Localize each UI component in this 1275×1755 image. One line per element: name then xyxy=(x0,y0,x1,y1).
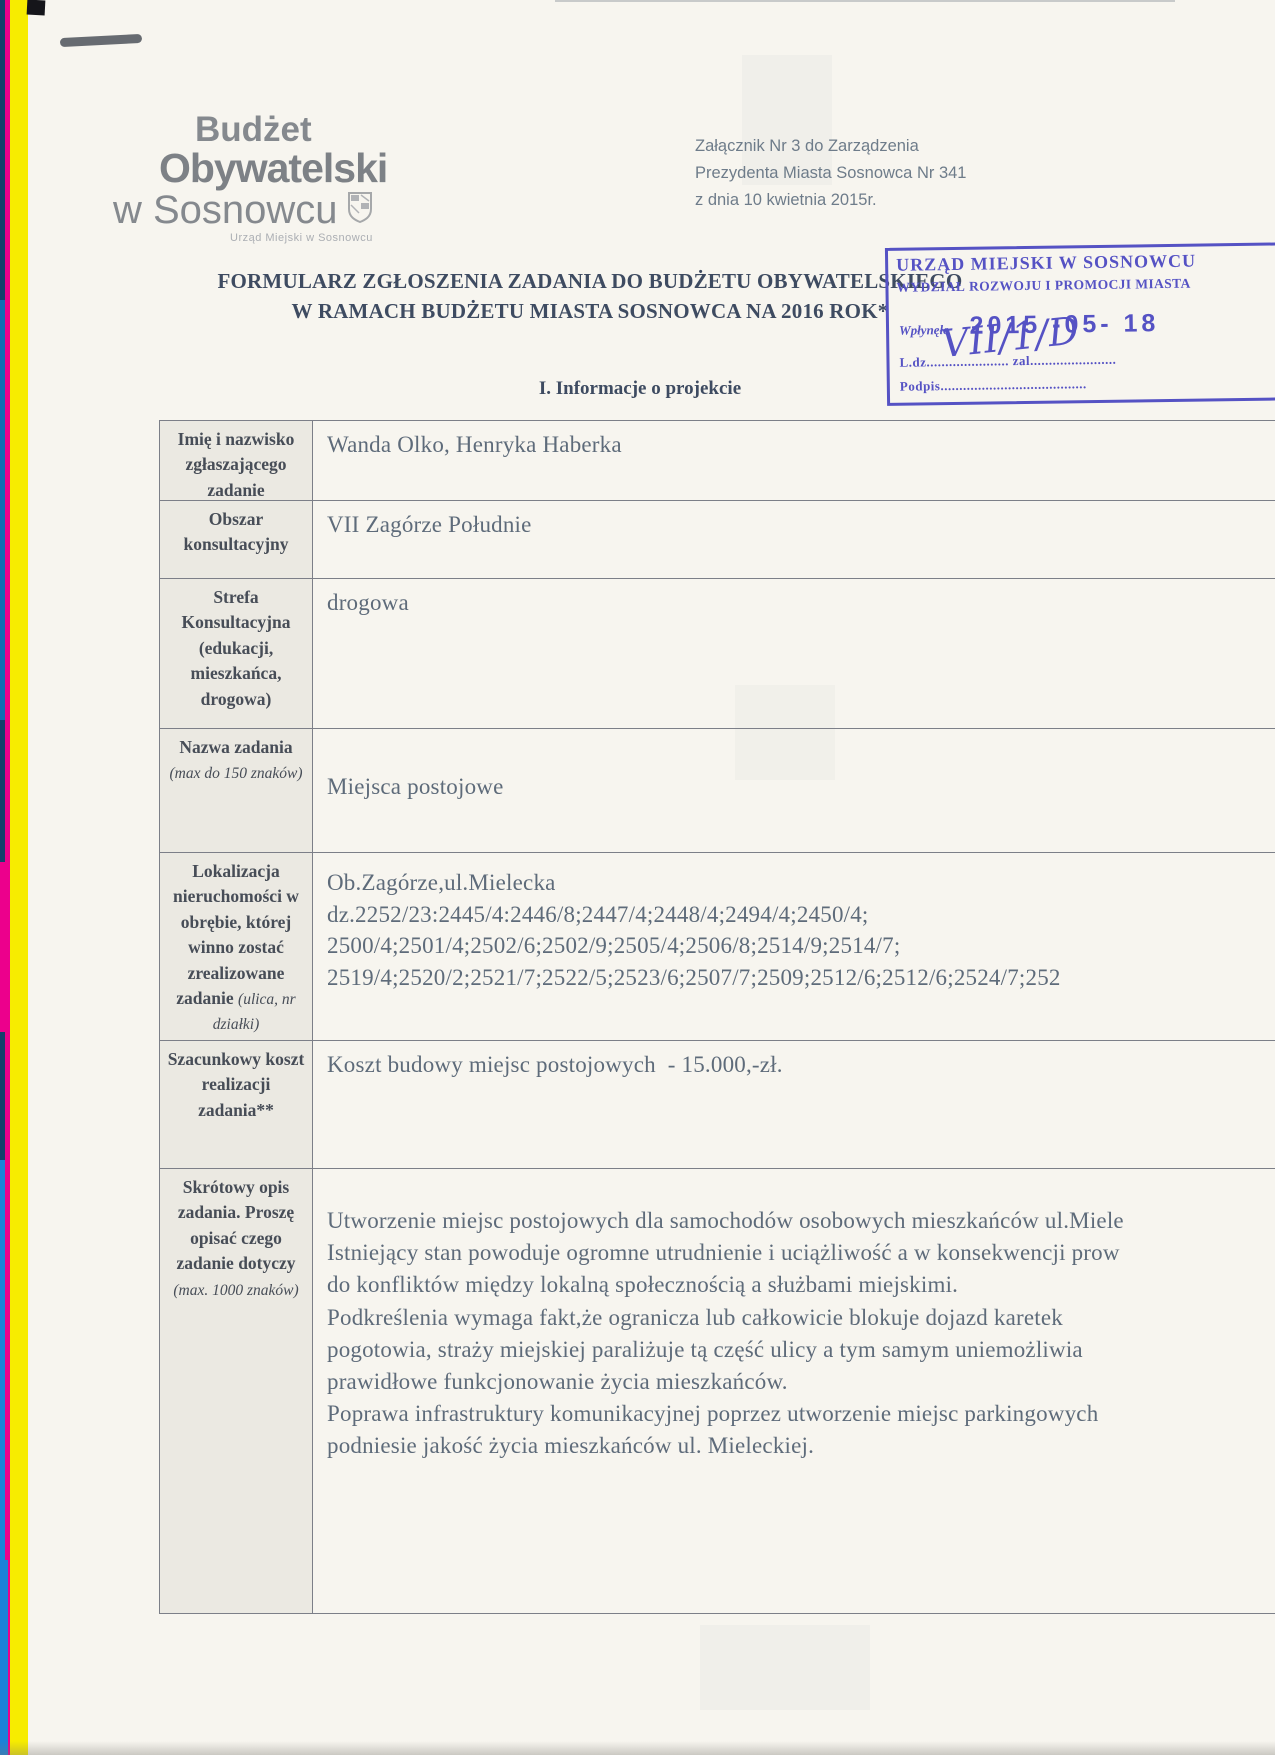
scan-artifact-mark xyxy=(27,0,46,15)
logo-line-budzet: Budżet xyxy=(195,112,453,148)
stamp-office-line: URZĄD MIEJSKI W SOSNOWCU xyxy=(896,251,1196,276)
budzet-obywatelski-logo: Budżet Obywatelski w Sosnowcu Urząd Miej… xyxy=(113,112,453,245)
attachment-note-line1: Załącznik Nr 3 do Zarządzenia xyxy=(695,133,966,160)
stamp-department-line: WYDZIAŁ ROZWOJU I PROMOCJI MIASTA xyxy=(896,276,1190,296)
attachment-note: Załącznik Nr 3 do Zarządzenia Prezydenta… xyxy=(695,133,966,214)
attachment-note-line3: z dnia 10 kwietnia 2015r. xyxy=(695,187,966,214)
scan-color-bar-blue xyxy=(0,300,5,720)
row-label: Skrótowy opis zadania. Proszę opisać cze… xyxy=(160,1169,313,1613)
row-value: Koszt budowy miejsc postojowych - 15.000… xyxy=(313,1041,1275,1168)
row-label: Lokalizacja nieruchomości w obrębie, któ… xyxy=(160,853,313,1040)
scan-color-patch xyxy=(0,1560,8,1755)
row-label: Imię i nazwisko zgłaszającego zadanie xyxy=(160,421,313,500)
scan-artifact-line xyxy=(555,0,1175,2)
scan-color-bar-yellow xyxy=(9,0,28,1755)
logo-line-sosnowcu: w Sosnowcu xyxy=(113,190,453,231)
row-value: drogowa xyxy=(313,579,1275,728)
scan-artifact-dash xyxy=(60,34,142,47)
row-label: Nazwa zadania (max do 150 znaków) xyxy=(160,729,313,852)
scan-smudge xyxy=(700,1625,870,1710)
section-heading: I. Informacje o projekcie xyxy=(160,378,1120,400)
row-label: Obszar konsultacyjny xyxy=(160,501,313,578)
row-value: Utworzenie miejsc postojowych dla samoch… xyxy=(313,1169,1275,1613)
table-row-consultation-area: Obszar konsultacyjny VII Zagórze Południ… xyxy=(160,501,1275,579)
table-row-consultation-zone: Strefa Konsultacyjna (edukacji, mieszkań… xyxy=(160,579,1275,729)
row-value: Ob.Zagórze,ul.Mielecka dz.2252/23:2445/4… xyxy=(313,853,1275,1040)
sosnowiec-crest-icon xyxy=(347,190,373,231)
logo-subtitle: Urząd Miejski w Sosnowcu xyxy=(230,233,453,244)
table-row-location: Lokalizacja nieruchomości w obrębie, któ… xyxy=(160,853,1275,1041)
scan-color-bar-blue xyxy=(0,0,5,300)
table-row-estimated-cost: Szacunkowy koszt realizacji zadania** Ko… xyxy=(160,1041,1275,1169)
row-value: Miejsca postojowe xyxy=(313,729,1275,852)
row-label-note: (max. 1000 znaków) xyxy=(173,1282,298,1299)
row-label-note: (max do 150 znaków) xyxy=(169,765,302,782)
attachment-note-line2: Prezydenta Miasta Sosnowca Nr 341 xyxy=(695,160,966,187)
logo-line-obywatelski: Obywatelski xyxy=(159,148,453,190)
table-row-applicant: Imię i nazwisko zgłaszającego zadanie Wa… xyxy=(160,421,1275,501)
scanned-form-page: Budżet Obywatelski w Sosnowcu Urząd Miej… xyxy=(0,0,1275,1755)
table-row-task-name: Nazwa zadania (max do 150 znaków) Miejsc… xyxy=(160,729,1275,853)
scan-color-patch xyxy=(0,862,10,1032)
logo-line-sosnowcu-text: w Sosnowcu xyxy=(113,190,338,231)
form-table: Imię i nazwisko zgłaszającego zadanie Wa… xyxy=(159,420,1275,1614)
row-value: VII Zagórze Południe xyxy=(313,501,1275,578)
scan-edge-shadow xyxy=(0,1741,1275,1755)
row-value: Wanda Olko, Henryka Haberka xyxy=(313,421,1275,500)
row-label: Strefa Konsultacyjna (edukacji, mieszkań… xyxy=(160,579,313,728)
row-label: Szacunkowy koszt realizacji zadania** xyxy=(160,1041,313,1168)
table-row-description: Skrótowy opis zadania. Proszę opisać cze… xyxy=(160,1169,1275,1614)
